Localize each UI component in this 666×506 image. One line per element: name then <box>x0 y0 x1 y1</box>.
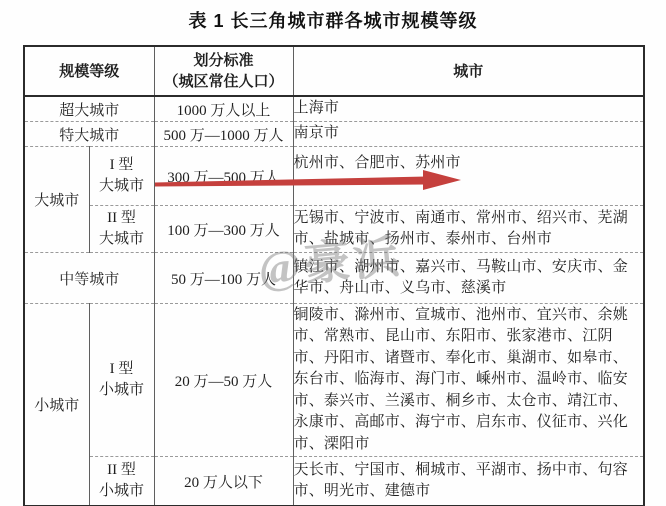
row-supercity: 超大城市 1000 万人以上 上海市 <box>24 96 644 122</box>
small-group-label: 小城市 <box>24 304 89 506</box>
document-page: 表 1 长三角城市群各城市规模等级 规模等级 划分标准 （城区常住人口） 城市 … <box>0 0 666 506</box>
large-type2-cities: 无锡市、宁波市、南通市、常州市、绍兴市、芜湖市、盐城市、扬州市、泰州市、台州市 <box>293 206 644 253</box>
large-group-label: 大城市 <box>24 147 89 253</box>
megacity-standard: 500 万—1000 万人 <box>154 122 293 147</box>
megacity-cities: 南京市 <box>293 122 644 147</box>
large-type1-sublabel: I 型 大城市 <box>89 147 154 206</box>
header-scale-level: 规模等级 <box>24 46 154 96</box>
large-type1-cities: 杭州市、合肥市、苏州市 <box>293 147 644 206</box>
small-type1-cities: 铜陵市、滁州市、宣城市、池州市、宜兴市、余姚市、常熟市、昆山市、东阳市、张家港市… <box>293 304 644 457</box>
row-small-type1: 小城市 I 型 小城市 20 万—50 万人 铜陵市、滁州市、宣城市、池州市、宜… <box>24 304 644 457</box>
small-type2-standard: 20 万人以下 <box>154 457 293 506</box>
city-scale-table: 规模等级 划分标准 （城区常住人口） 城市 超大城市 1000 万人以上 上海市… <box>23 45 645 506</box>
row-medium: 中等城市 50 万—100 万人 镇江市、湖州市、嘉兴市、马鞍山市、安庆市、金华… <box>24 253 644 304</box>
small-type1-sublabel: I 型 小城市 <box>89 304 154 457</box>
supercity-level: 超大城市 <box>24 96 154 122</box>
large-type2-sublabel: II 型 大城市 <box>89 206 154 253</box>
supercity-standard: 1000 万人以上 <box>154 96 293 122</box>
supercity-cities: 上海市 <box>293 96 644 122</box>
medium-cities: 镇江市、湖州市、嘉兴市、马鞍山市、安庆市、金华市、舟山市、义乌市、慈溪市 <box>293 253 644 304</box>
small-type2-sublabel: II 型 小城市 <box>89 457 154 506</box>
row-megacity: 特大城市 500 万—1000 万人 南京市 <box>24 122 644 147</box>
medium-level: 中等城市 <box>24 253 154 304</box>
medium-standard: 50 万—100 万人 <box>154 253 293 304</box>
row-large-type2: II 型 大城市 100 万—300 万人 无锡市、宁波市、南通市、常州市、绍兴… <box>24 206 644 253</box>
table-title: 表 1 长三角城市群各城市规模等级 <box>0 7 666 33</box>
row-large-type1: 大城市 I 型 大城市 300 万—500 万人 杭州市、合肥市、苏州市 <box>24 147 644 206</box>
row-small-type2: II 型 小城市 20 万人以下 天长市、宁国市、桐城市、平湖市、扬中市、句容市… <box>24 457 644 506</box>
large-type1-standard: 300 万—500 万人 <box>154 147 293 206</box>
small-type1-standard: 20 万—50 万人 <box>154 304 293 457</box>
megacity-level: 特大城市 <box>24 122 154 147</box>
header-row: 规模等级 划分标准 （城区常住人口） 城市 <box>24 46 644 96</box>
large-type2-standard: 100 万—300 万人 <box>154 206 293 253</box>
small-type2-cities: 天长市、宁国市、桐城市、平湖市、扬中市、句容市、明光市、建德市 <box>293 457 644 506</box>
header-cities: 城市 <box>293 46 644 96</box>
header-standard: 划分标准 （城区常住人口） <box>154 46 293 96</box>
